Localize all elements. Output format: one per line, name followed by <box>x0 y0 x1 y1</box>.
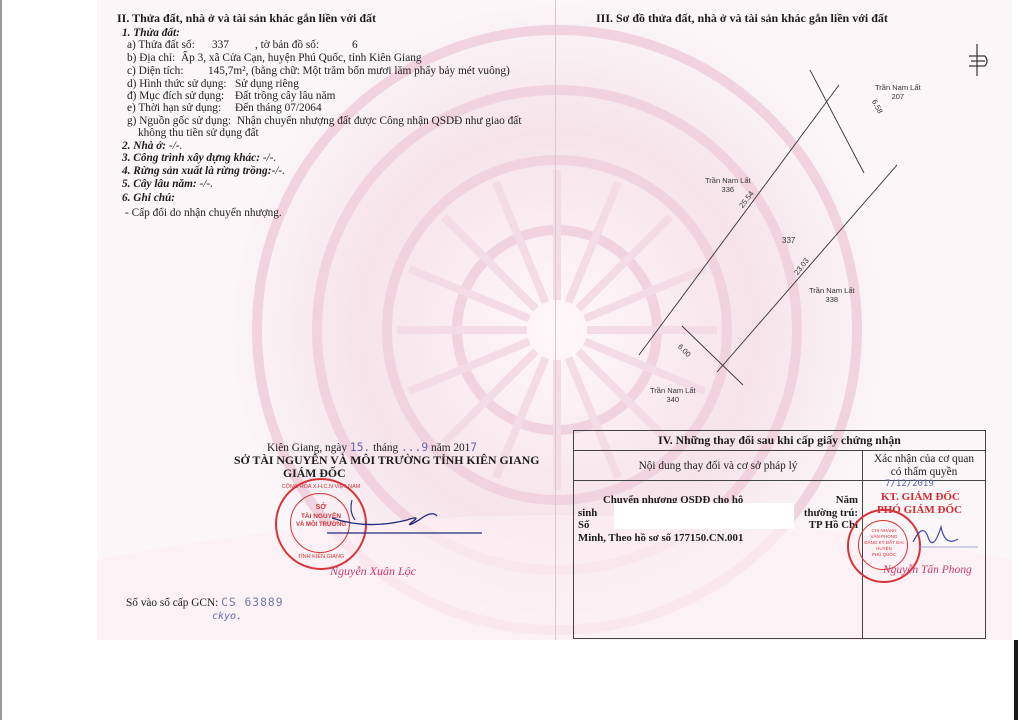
neighbor-207: Trần Nam Lất207 <box>875 83 921 101</box>
house-value: -/-. <box>169 140 183 152</box>
area-label: c) Diện tích: <box>127 65 183 78</box>
neighbor-336: Trần Nam Lất336 <box>705 176 751 194</box>
confirmation-position1: KT. GIÁM ĐỐC <box>881 491 960 503</box>
parcel-no: 337 <box>212 39 229 52</box>
house-label: 2. Nhà ở: <box>122 140 166 152</box>
scan-right-edge-bar <box>1014 640 1018 720</box>
director-signature-icon <box>327 500 487 540</box>
section-iv-title: IV. Những thay đổi sau khi cấp giấy chứn… <box>574 431 986 451</box>
registry-label: Số vào sổ cấp GCN: <box>126 597 218 609</box>
changes-table: IV. Những thay đổi sau khi cấp giấy chứn… <box>573 430 986 639</box>
perennial-trees-label: 5. Cây lâu năm: <box>122 178 197 190</box>
registry-initials: ckyo. <box>212 610 242 623</box>
notes-label: 6. Ghi chú: <box>122 192 175 205</box>
section-ii-title: II. Thửa đất, nhà ở và tài sản khác gắn … <box>117 12 376 25</box>
map-sheet-no: 6 <box>352 39 358 52</box>
map-sheet-label: , tờ bản đồ số: <box>255 39 319 52</box>
section-iii-title: III. Sơ đồ thửa đất, nhà ở và tài sản kh… <box>596 12 888 25</box>
issuing-agency: SỞ TÀI NGUYÊN VÀ MÔI TRƯỜNG TỈNH KIÊN GI… <box>234 454 539 467</box>
parcel-number: 337 <box>782 236 795 245</box>
confirmation-cell: 7/12/2019 KT. GIÁM ĐỐC PHÓ GIÁM ĐỐC CHI … <box>863 481 986 639</box>
neighbor-340: Trần Nam Lất340 <box>650 386 696 404</box>
origin-line1: Nhận chuyển nhượng đất được Công nhận QS… <box>237 115 521 128</box>
parcel-sketch <box>617 70 897 400</box>
origin-line2: không thu tiền sử dụng đất <box>138 127 259 140</box>
redacted-personal-info <box>614 503 794 529</box>
use-term-value: Đến tháng 07/2064 <box>235 102 322 115</box>
other-construction-value: -/-. <box>263 152 277 164</box>
production-forest-value: -/-. <box>271 165 285 177</box>
deputy-signature-icon <box>903 517 983 557</box>
change-entry: Chuyển nhượng QSDĐ cho hộNăm sinhthường … <box>574 481 863 639</box>
scan-right-margin <box>1012 0 1018 720</box>
address-value: Ấp 3, xã Cửa Cạn, huyện Phú Quốc, tỉnh K… <box>181 52 422 65</box>
parcel-no-label: a) Thửa đất số: <box>127 39 195 52</box>
address-label: b) Địa chỉ: <box>127 52 175 65</box>
col-content-header: Nội dung thay đổi và cơ sở pháp lý <box>574 451 863 481</box>
notes-value: - Cấp đổi do nhận chuyển nhượng. <box>125 207 282 220</box>
certificate-sheet: II. Thửa đất, nhà ở và tài sản khác gắn … <box>97 0 1012 640</box>
north-arrow-icon <box>965 42 989 78</box>
production-forest-label: 4. Rừng sản xuất là rừng trồng: <box>122 165 271 177</box>
other-construction-label: 3. Công trình xây dựng khác: <box>122 152 260 164</box>
use-term-label: e) Thời hạn sử dụng: <box>127 102 221 115</box>
deputy-name: Nguyễn Tấn Phong <box>883 564 972 576</box>
center-fold <box>555 0 556 640</box>
area-value: 145,7m², (bằng chữ: Một trăm bốn mươi lă… <box>208 65 510 78</box>
perennial-trees-value: -/-. <box>200 178 214 190</box>
director-name: Nguyễn Xuân Lộc <box>330 565 416 578</box>
col-confirm-header: Xác nhận của cơ quan có thẩm quyền <box>863 451 986 481</box>
registry-number: CS 63889 <box>221 596 283 609</box>
scan-left-edge <box>0 0 2 720</box>
confirmation-date: 7/12/2019 <box>885 479 934 489</box>
neighbor-338: Trần Nam Lất338 <box>809 286 855 304</box>
